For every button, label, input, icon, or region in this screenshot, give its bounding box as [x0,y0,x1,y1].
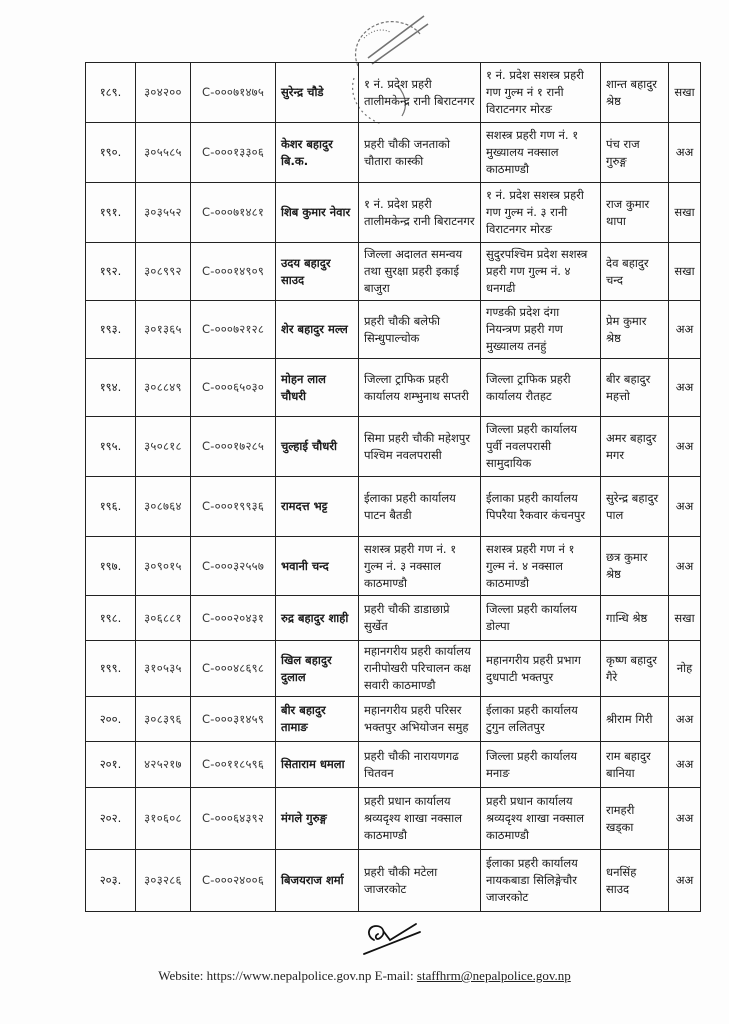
transfer-office-cell: गण्डकी प्रदेश दंगा नियन्त्रण प्रहरी गण म… [481,301,601,359]
serial-number-cell: २००. [86,697,136,742]
serial-number-cell: १९४. [86,359,136,417]
employee-name-cell: बिजयराज शर्मा [276,850,359,912]
current-office-cell: महानगरीय प्रहरी परिसर भक्तपुर अभियोजन सम… [359,697,481,742]
personnel-code-cell: C-०००३२५५७ [191,537,276,596]
current-office-cell: प्रहरी चौकी बलेफी सिन्धुपाल्चोक [359,301,481,359]
rank-cell: अअ [669,537,701,596]
employee-name-cell: सिताराम धमला [276,742,359,788]
current-office-cell: प्रहरी चौकी नारायणगढ चितवन [359,742,481,788]
rank-cell: अअ [669,788,701,850]
employee-name-cell: रामदत्त भट्ट [276,477,359,537]
replacement-name-cell: कृष्ण बहादुर गैरे [601,641,669,697]
employee-id-cell: ३०८३९६ [136,697,191,742]
employee-name-cell: केशर बहादुर बि.क. [276,123,359,183]
serial-number-cell: १९६. [86,477,136,537]
employee-id-cell: ३०६८८१ [136,596,191,641]
serial-number-cell: २०१. [86,742,136,788]
serial-number-cell: १९९. [86,641,136,697]
rank-cell: अअ [669,477,701,537]
employee-id-cell: ३०३५५२ [136,183,191,243]
rank-cell: अअ [669,417,701,477]
replacement-name-cell: रामहरी खड्का [601,788,669,850]
employee-id-cell: ३०४२०० [136,63,191,123]
current-office-cell: जिल्ला अदालत समन्वय तथा सुरक्षा प्रहरी इ… [359,243,481,301]
employee-name-cell: मोहन लाल चौधरी [276,359,359,417]
personnel-code-cell: C-०००६४३९२ [191,788,276,850]
transfer-office-cell: प्रहरी प्रधान कार्यालय श्रव्यदृश्य शाखा … [481,788,601,850]
replacement-name-cell: धनसिंह साउद [601,850,669,912]
current-office-cell: महानगरीय प्रहरी कार्यालय रानीपोखरी परिचा… [359,641,481,697]
employee-id-cell: ३०३२८६ [136,850,191,912]
transfer-office-cell: सशस्त्र प्रहरी गण नं. १ मुख्यालय नक्साल … [481,123,601,183]
serial-number-cell: १९२. [86,243,136,301]
replacement-name-cell: प्रेम कुमार श्रेष्ठ [601,301,669,359]
serial-number-cell: १९७. [86,537,136,596]
personnel-code-cell: C-०००२०४३१ [191,596,276,641]
replacement-name-cell: राज कुमार थापा [601,183,669,243]
replacement-name-cell: श्रीराम गिरी [601,697,669,742]
employee-id-cell: ३०५५८५ [136,123,191,183]
table-row: १९४.३०८८४९C-०००६५०३०मोहन लाल चौधरीजिल्ला… [86,359,701,417]
employee-id-cell: ३१०५३५ [136,641,191,697]
current-office-cell: प्रहरी चौकी डाडाछाप्रे सुर्खेत [359,596,481,641]
rank-cell: अअ [669,697,701,742]
serial-number-cell: २०२. [86,788,136,850]
transfer-office-cell: ईलाका प्रहरी कार्यालय टुगुन ललितपुर [481,697,601,742]
transfer-office-cell: ईलाका प्रहरी कार्यालय नायकबाडा सिलिङ्गेच… [481,850,601,912]
website-text: Website: https://www.nepalpolice.gov.np [158,968,371,983]
employee-id-cell: ३०८७६४ [136,477,191,537]
employee-id-cell: ३०९०१५ [136,537,191,596]
footer-contact: Website: https://www.nepalpolice.gov.np … [0,968,729,984]
transfer-office-cell: जिल्ला प्रहरी कार्यालय डोल्पा [481,596,601,641]
employee-name-cell: सुरेन्द्र चौडे [276,63,359,123]
employee-name-cell: शेर बहादुर मल्ल [276,301,359,359]
transfer-roster-table: १८९.३०४२००C-०००७१४७५सुरेन्द्र चौडे१ नं. … [85,62,701,912]
rank-cell: अअ [669,123,701,183]
employee-id-cell: ३०८९९२ [136,243,191,301]
employee-id-cell: ४२५२१७ [136,742,191,788]
serial-number-cell: १९३. [86,301,136,359]
employee-name-cell: मंगले गुरुङ्ग [276,788,359,850]
employee-name-cell: भवानी चन्द [276,537,359,596]
employee-name-cell: खिल बहादुर दुलाल [276,641,359,697]
email-label: E-mail: [375,968,414,983]
replacement-name-cell: छत्र कुमार श्रेष्ठ [601,537,669,596]
table-row: १९६.३०८७६४C-०००१९९३६रामदत्त भट्टईलाका प्… [86,477,701,537]
personnel-code-cell: C-०००७१४७५ [191,63,276,123]
replacement-name-cell: देव बहादुर चन्द [601,243,669,301]
current-office-cell: १ नं. प्रदेश प्रहरी तालीमकेन्द्र रानी बि… [359,63,481,123]
employee-name-cell: रुद्र बहादुर शाही [276,596,359,641]
replacement-name-cell: अमर बहादुर मगर [601,417,669,477]
current-office-cell: प्रहरी चौकी जनताको चौतारा कास्की [359,123,481,183]
employee-name-cell: चुल्हाई चौधरी [276,417,359,477]
employee-id-cell: ३१०६०८ [136,788,191,850]
serial-number-cell: १८९. [86,63,136,123]
serial-number-cell: २०३. [86,850,136,912]
personnel-code-cell: C-०००७१४८१ [191,183,276,243]
rank-cell: सखा [669,183,701,243]
employee-id-cell: ३५०८१८ [136,417,191,477]
replacement-name-cell: राम बहादुर बानिया [601,742,669,788]
personnel-code-cell: C-०००७२१२८ [191,301,276,359]
replacement-name-cell: शान्त बहादुर श्रेष्ठ [601,63,669,123]
transfer-office-cell: महानगरीय प्रहरी प्रभाग दुधपाटी भक्तपुर [481,641,601,697]
transfer-office-cell: १ नं. प्रदेश सशस्त्र प्रहरी गण गुल्म नं … [481,63,601,123]
serial-number-cell: १९१. [86,183,136,243]
rank-cell: अअ [669,301,701,359]
serial-number-cell: १९०. [86,123,136,183]
replacement-name-cell: सुरेन्द्र बहादुर पाल [601,477,669,537]
personnel-code-cell: C-०००६५०३० [191,359,276,417]
employee-id-cell: ३०१३६५ [136,301,191,359]
serial-number-cell: १९८. [86,596,136,641]
rank-cell: सखा [669,596,701,641]
rank-cell: अअ [669,359,701,417]
employee-name-cell: उदय बहादुर साउद [276,243,359,301]
current-office-cell: सशस्त्र प्रहरी गण नं. १ गुल्म नं. ३ नक्स… [359,537,481,596]
table-row: १९५.३५०८१८C-०००१७२८५चुल्हाई चौधरीसिमा प्… [86,417,701,477]
table-row: २००.३०८३९६C-०००३१४५९बीर बहादुर तामाङमहान… [86,697,701,742]
personnel-code-cell: C-०००१७२८५ [191,417,276,477]
table-row: १९८.३०६८८१C-०००२०४३१रुद्र बहादुर शाहीप्र… [86,596,701,641]
current-office-cell: सिमा प्रहरी चौकी महेशपुर पश्चिम नवलपरासी [359,417,481,477]
transfer-office-cell: जिल्ला ट्राफिक प्रहरी कार्यालय रौतहट [481,359,601,417]
table-row: १९०.३०५५८५C-०००१३३०६केशर बहादुर बि.क.प्र… [86,123,701,183]
document-page: १८९.३०४२००C-०००७१४७५सुरेन्द्र चौडे१ नं. … [0,0,729,1024]
personnel-code-cell: C-०००४८६९८ [191,641,276,697]
table-row: १८९.३०४२००C-०००७१४७५सुरेन्द्र चौडे१ नं. … [86,63,701,123]
table-row: १९१.३०३५५२C-०००७१४८१शिब कुमार नेवार१ नं.… [86,183,701,243]
transfer-office-cell: सुदुरपश्चिम प्रदेश सशस्त्र प्रहरी गण गुल… [481,243,601,301]
transfer-office-cell: १ नं. प्रदेश सशस्त्र प्रहरी गण गुल्म नं.… [481,183,601,243]
signature-mark [360,918,432,956]
personnel-code-cell: C-०००२४००६ [191,850,276,912]
replacement-name-cell: बीर बहादुर महत्तो [601,359,669,417]
transfer-office-cell: जिल्ला प्रहरी कार्यालय मनाङ [481,742,601,788]
table-row: १९३.३०१३६५C-०००७२१२८शेर बहादुर मल्लप्रहर… [86,301,701,359]
current-office-cell: प्रहरी चौकी मटेला जाजरकोट [359,850,481,912]
table-row: २०१.४२५२१७C-००११८५९६सिताराम धमलाप्रहरी च… [86,742,701,788]
transfer-office-cell: सशस्त्र प्रहरी गण नं १ गुल्म नं. ४ नक्सा… [481,537,601,596]
serial-number-cell: १९५. [86,417,136,477]
transfer-office-cell: जिल्ला प्रहरी कार्यालय पुर्वी नवलपरासी स… [481,417,601,477]
rank-cell: अअ [669,850,701,912]
employee-id-cell: ३०८८४९ [136,359,191,417]
table-row: १९२.३०८९९२C-०००१४९०९उदय बहादुर साउदजिल्ल… [86,243,701,301]
rank-cell: नोह [669,641,701,697]
transfer-office-cell: ईलाका प्रहरी कार्यालय पिपरैया रैकवार कंच… [481,477,601,537]
current-office-cell: १ नं. प्रदेश प्रहरी तालीमकेन्द्र रानी बि… [359,183,481,243]
email-link[interactable]: staffhrm@nepalpolice.gov.np [417,968,571,983]
personnel-code-cell: C-०००१९९३६ [191,477,276,537]
replacement-name-cell: पंच राज गुरुङ्ग [601,123,669,183]
personnel-code-cell: C-००११८५९६ [191,742,276,788]
employee-name-cell: शिब कुमार नेवार [276,183,359,243]
personnel-code-cell: C-०००३१४५९ [191,697,276,742]
replacement-name-cell: गान्धि श्रेष्ठ [601,596,669,641]
table-row: १९७.३०९०१५C-०००३२५५७भवानी चन्दसशस्त्र प्… [86,537,701,596]
current-office-cell: प्रहरी प्रधान कार्यालय श्रव्यदृश्य शाखा … [359,788,481,850]
rank-cell: सखा [669,63,701,123]
rank-cell: अअ [669,742,701,788]
employee-name-cell: बीर बहादुर तामाङ [276,697,359,742]
table-row: २०२.३१०६०८C-०००६४३९२मंगले गुरुङ्गप्रहरी … [86,788,701,850]
current-office-cell: जिल्ला ट्राफिक प्रहरी कार्यालय शम्भुनाथ … [359,359,481,417]
table-row: १९९.३१०५३५C-०००४८६९८खिल बहादुर दुलालमहान… [86,641,701,697]
rank-cell: सखा [669,243,701,301]
personnel-code-cell: C-०००१४९०९ [191,243,276,301]
personnel-code-cell: C-०००१३३०६ [191,123,276,183]
table-row: २०३.३०३२८६C-०००२४००६बिजयराज शर्माप्रहरी … [86,850,701,912]
current-office-cell: ईलाका प्रहरी कार्यालय पाटन बैतडी [359,477,481,537]
